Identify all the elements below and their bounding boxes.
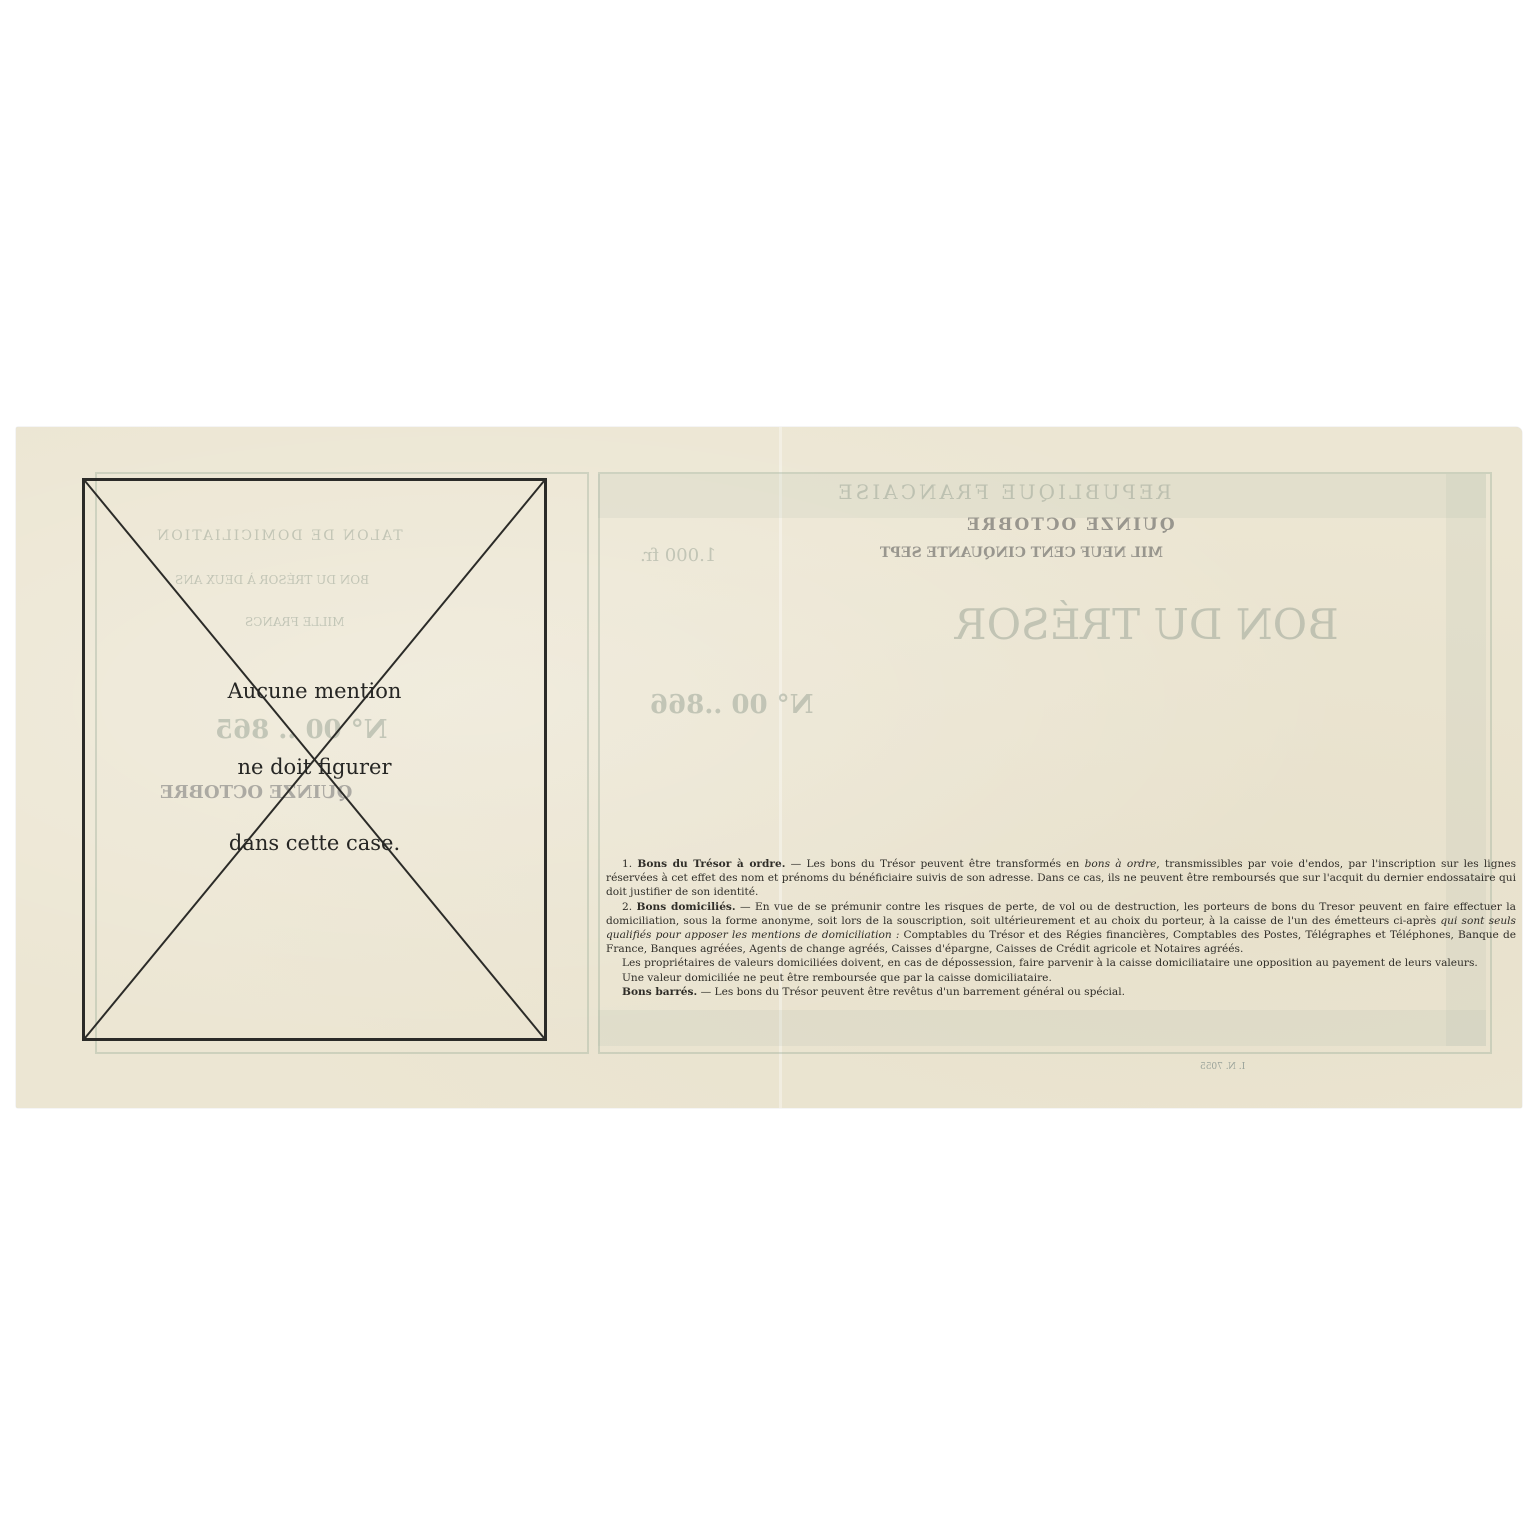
notice-paragraph-crossed: Bons barrés. — Les bons du Trésor peuven…	[606, 985, 1516, 999]
show-through-stamp-date: QUINZE OCTOBRE	[965, 515, 1175, 535]
paragraph-heading: Bons du Trésor à ordre.	[637, 858, 785, 870]
paragraph-text: — Les bons du Trésor peuvent être transf…	[785, 858, 1084, 870]
paragraph-heading: Bons domiciliés.	[637, 901, 736, 913]
paragraph-italic: bons à ordre	[1085, 858, 1157, 870]
box-message-line-2: ne doit figurer	[85, 755, 544, 779]
show-through-title: BON DU TRÉSOR	[955, 600, 1339, 649]
box-message-line-1: Aucune mention	[85, 679, 544, 703]
show-through-ornament-bottom	[598, 1010, 1486, 1046]
paragraph-number: 2.	[622, 901, 632, 913]
show-through-stamp-year: MIL NEUF CENT CINQUANTE SEPT	[880, 545, 1163, 561]
notice-paragraph-dispossession: Les propriétaires de valeurs domiciliées…	[606, 956, 1516, 970]
paragraph-heading: Bons barrés.	[622, 986, 697, 998]
box-message-line-3: dans cette case.	[85, 831, 544, 855]
paragraph-number: 1.	[622, 858, 632, 870]
no-mention-box: Aucune mention ne doit figurer dans cett…	[82, 478, 547, 1041]
show-through-number: N° 00 ..866	[650, 690, 813, 720]
show-through-header: REPUBLIQUE FRANCAISE	[835, 480, 1172, 504]
notice-paragraph-domiciled: 2. Bons domiciliés. — En vue de se prému…	[606, 900, 1516, 957]
show-through-print-ref: I. N. 7055	[1200, 1062, 1245, 1072]
bond-notice: 1. Bons du Trésor à ordre. — Les bons du…	[606, 857, 1516, 999]
paragraph-text: — En vue de se prémunir contre les risqu…	[606, 901, 1516, 927]
notice-paragraph-orders: 1. Bons du Trésor à ordre. — Les bons du…	[606, 857, 1516, 900]
notice-paragraph-repayment: Une valeur domiciliée ne peut être rembo…	[606, 971, 1516, 985]
show-through-amount: 1.000 fr.	[640, 545, 716, 566]
paragraph-text: — Les bons du Trésor peuvent être revêtu…	[697, 986, 1125, 998]
